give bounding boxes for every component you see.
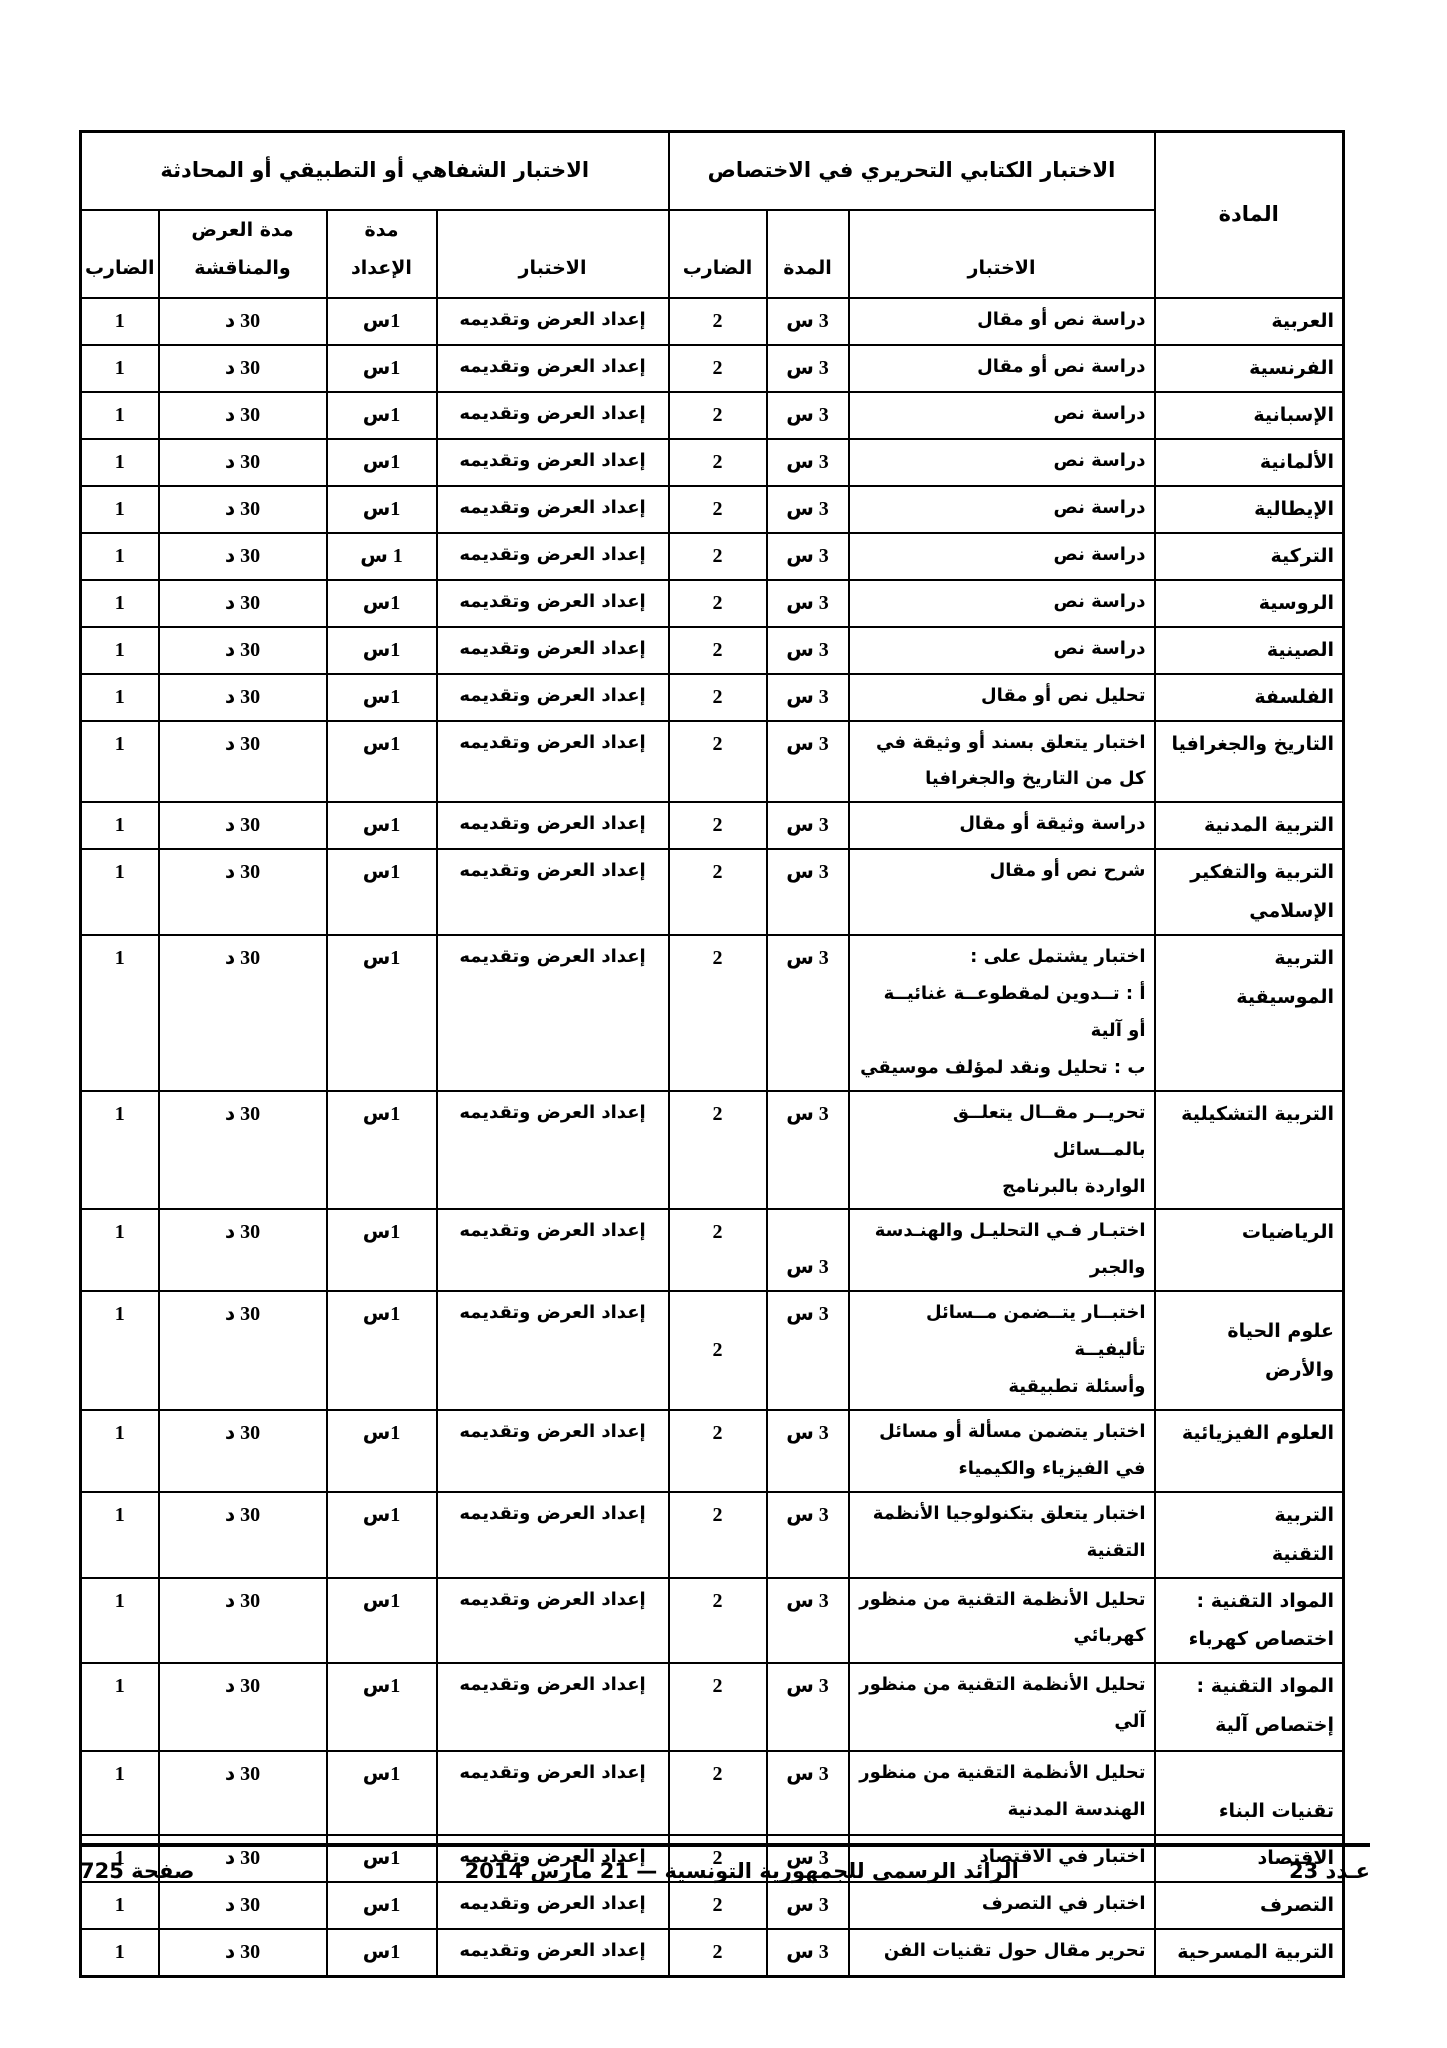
cell-written-test: دراسة وثيقة أو مقال <box>849 802 1155 849</box>
table-row: العربيةدراسة نص أو مقال3 س2إعداد العرض و… <box>80 298 1343 345</box>
cell-oral-coef: 1 <box>80 1291 158 1410</box>
cell-subject: الألمانية <box>1155 439 1344 486</box>
cell-written-test: تحليل الأنظمة التقنية من منظور الهندسة ا… <box>849 1751 1155 1835</box>
cell-written-duration: 3 س <box>767 1929 849 1977</box>
table-row: المواد التقنية : اختصاص كهرباءتحليل الأن… <box>80 1578 1343 1664</box>
cell-oral-test: إعداد العرض وتقديمه <box>437 1663 669 1751</box>
cell-subject: التركية <box>1155 533 1344 580</box>
gazette-page: المادة الاختبار الكتابي التحريري في الاخ… <box>0 0 1447 2048</box>
cell-oral-prep: 1س <box>327 674 437 721</box>
cell-subject: الإيطالية <box>1155 486 1344 533</box>
table-row: التصرفاختبار في التصرف3 س2إعداد العرض وت… <box>80 1882 1343 1929</box>
cell-oral-coef: 1 <box>80 1929 158 1977</box>
cell-subject: التصرف <box>1155 1882 1344 1929</box>
cell-oral-prep: 1س <box>327 345 437 392</box>
column-header-subject: المادة <box>1155 132 1344 298</box>
cell-oral-present: 30 د <box>159 298 327 345</box>
cell-oral-prep: 1س <box>327 1410 437 1492</box>
cell-oral-present: 30 د <box>159 802 327 849</box>
cell-subject: الصينية <box>1155 627 1344 674</box>
cell-oral-test: إعداد العرض وتقديمه <box>437 486 669 533</box>
column-header-oral-prep: مدة الإعداد <box>327 210 437 298</box>
cell-oral-coef: 1 <box>80 721 158 803</box>
cell-written-duration: 3 س <box>767 1291 849 1410</box>
table-row: المواد التقنية : إختصاص آليةتحليل الأنظم… <box>80 1663 1343 1751</box>
cell-oral-prep: 1س <box>327 1492 437 1578</box>
table-head: المادة الاختبار الكتابي التحريري في الاخ… <box>80 132 1343 298</box>
table-body: العربيةدراسة نص أو مقال3 س2إعداد العرض و… <box>80 298 1343 1977</box>
cell-written-test: اختبار يتضمن مسألة أو مسائل في الفيزياء … <box>849 1410 1155 1492</box>
cell-oral-test: إعداد العرض وتقديمه <box>437 1578 669 1664</box>
cell-written-coef: 2 <box>669 1091 767 1210</box>
cell-oral-coef: 1 <box>80 486 158 533</box>
cell-written-duration: 3 س <box>767 1663 849 1751</box>
exam-table-wrap: المادة الاختبار الكتابي التحريري في الاخ… <box>82 130 1345 1978</box>
cell-oral-present: 30 د <box>159 1929 327 1977</box>
cell-written-duration: 3 س <box>767 1091 849 1210</box>
cell-oral-coef: 1 <box>80 1882 158 1929</box>
cell-written-coef: 2 <box>669 392 767 439</box>
cell-oral-test: إعداد العرض وتقديمه <box>437 935 669 1091</box>
cell-oral-coef: 1 <box>80 533 158 580</box>
column-header-written-test: الاختبار <box>849 210 1155 298</box>
cell-oral-present: 30 د <box>159 439 327 486</box>
cell-oral-present: 30 د <box>159 1291 327 1410</box>
cell-subject: العلوم الفيزيائية <box>1155 1410 1344 1492</box>
cell-written-test: دراسة نص أو مقال <box>849 298 1155 345</box>
column-group-oral-exam: الاختبار الشفاهي أو التطبيقي أو المحادثة <box>80 132 668 210</box>
cell-oral-test: إعداد العرض وتقديمه <box>437 1492 669 1578</box>
cell-oral-present: 30 د <box>159 627 327 674</box>
cell-oral-prep: 1س <box>327 1291 437 1410</box>
cell-subject: علوم الحياة والأرض <box>1155 1291 1344 1410</box>
cell-written-duration: 3 س <box>767 392 849 439</box>
cell-oral-test: إعداد العرض وتقديمه <box>437 1291 669 1410</box>
cell-subject: التربية الموسيقية <box>1155 935 1344 1091</box>
cell-written-duration: 3 س <box>767 674 849 721</box>
cell-oral-present: 30 د <box>159 721 327 803</box>
cell-oral-test: إعداد العرض وتقديمه <box>437 1882 669 1929</box>
cell-oral-test: إعداد العرض وتقديمه <box>437 802 669 849</box>
cell-written-test: تحريــر مقــال يتعلــق بالمــسائل الوارد… <box>849 1091 1155 1210</box>
cell-oral-present: 30 د <box>159 674 327 721</box>
table-row: الروسيةدراسة نص3 س2إعداد العرض وتقديمه1س… <box>80 580 1343 627</box>
cell-oral-present: 30 د <box>159 1578 327 1664</box>
cell-oral-present: 30 د <box>159 849 327 935</box>
cell-oral-present: 30 د <box>159 345 327 392</box>
cell-written-duration: 3 س <box>767 1882 849 1929</box>
cell-subject: التربية المسرحية <box>1155 1929 1344 1977</box>
cell-written-coef: 2 <box>669 486 767 533</box>
cell-oral-prep: 1س <box>327 849 437 935</box>
cell-written-coef: 2 <box>669 721 767 803</box>
cell-oral-present: 30 د <box>159 935 327 1091</box>
table-row: التربية المسرحيةتحرير مقال حول تقنيات ال… <box>80 1929 1343 1977</box>
header-group-row: المادة الاختبار الكتابي التحريري في الاخ… <box>80 132 1343 210</box>
cell-subject: الإسبانية <box>1155 392 1344 439</box>
cell-oral-prep: 1س <box>327 439 437 486</box>
cell-oral-coef: 1 <box>80 674 158 721</box>
footer-page-number: صفحة 725 <box>80 1859 194 1883</box>
cell-subject: تقنيات البناء <box>1155 1751 1344 1835</box>
cell-written-coef: 2 <box>669 1663 767 1751</box>
cell-oral-prep: 1س <box>327 580 437 627</box>
table-row: التربية التشكيليةتحريــر مقــال يتعلــق … <box>80 1091 1343 1210</box>
table-row: التربية التقنيةاختبار يتعلق بتكنولوجيا ا… <box>80 1492 1343 1578</box>
cell-written-test: اختبـار فـي التحليـل والهنـدسة والجبر <box>849 1209 1155 1291</box>
cell-written-test: دراسة نص <box>849 392 1155 439</box>
cell-oral-coef: 1 <box>80 802 158 849</box>
cell-oral-present: 30 د <box>159 580 327 627</box>
cell-subject: الروسية <box>1155 580 1344 627</box>
cell-written-coef: 2 <box>669 533 767 580</box>
cell-subject: الفلسفة <box>1155 674 1344 721</box>
cell-written-coef: 2 <box>669 802 767 849</box>
column-header-oral-coef: الضارب <box>80 210 158 298</box>
table-row: التركيةدراسة نص3 س2إعداد العرض وتقديمه1 … <box>80 533 1343 580</box>
cell-oral-prep: 1س <box>327 721 437 803</box>
cell-written-test: اختبار يتعلق بتكنولوجيا الأنظمة التقنية <box>849 1492 1155 1578</box>
cell-oral-coef: 1 <box>80 1663 158 1751</box>
cell-written-duration: 3 س <box>767 849 849 935</box>
cell-written-duration: 3 س <box>767 1492 849 1578</box>
cell-oral-test: إعداد العرض وتقديمه <box>437 298 669 345</box>
cell-written-test: اختبار يتعلق بسند أو وثيقة في كل من التا… <box>849 721 1155 803</box>
cell-oral-coef: 1 <box>80 627 158 674</box>
cell-oral-test: إعداد العرض وتقديمه <box>437 580 669 627</box>
table-row: الرياضياتاختبـار فـي التحليـل والهنـدسة … <box>80 1209 1343 1291</box>
cell-oral-coef: 1 <box>80 1492 158 1578</box>
cell-oral-present: 30 د <box>159 486 327 533</box>
cell-oral-test: إعداد العرض وتقديمه <box>437 721 669 803</box>
cell-oral-prep: 1 س <box>327 533 437 580</box>
cell-oral-prep: 1س <box>327 935 437 1091</box>
cell-oral-prep: 1س <box>327 1091 437 1210</box>
cell-written-coef: 2 <box>669 1578 767 1664</box>
cell-written-coef: 2 <box>669 1751 767 1835</box>
cell-oral-test: إعداد العرض وتقديمه <box>437 1751 669 1835</box>
table-row: الصينيةدراسة نص3 س2إعداد العرض وتقديمه1س… <box>80 627 1343 674</box>
cell-subject: التاريخ والجغرافيا <box>1155 721 1344 803</box>
table-row: الفرنسيةدراسة نص أو مقال3 س2إعداد العرض … <box>80 345 1343 392</box>
cell-written-coef: 2 <box>669 1929 767 1977</box>
table-row: التربية المدنيةدراسة وثيقة أو مقال3 س2إع… <box>80 802 1343 849</box>
cell-written-duration: 3 س <box>767 1410 849 1492</box>
cell-oral-coef: 1 <box>80 298 158 345</box>
cell-written-duration: 3 س <box>767 580 849 627</box>
cell-oral-present: 30 د <box>159 1091 327 1210</box>
cell-oral-present: 30 د <box>159 392 327 439</box>
cell-oral-prep: 1س <box>327 1882 437 1929</box>
column-header-oral-test: الاختبار <box>437 210 669 298</box>
cell-oral-coef: 1 <box>80 580 158 627</box>
cell-written-test: تحرير مقال حول تقنيات الفن <box>849 1929 1155 1977</box>
cell-oral-test: إعداد العرض وتقديمه <box>437 1091 669 1210</box>
cell-oral-coef: 1 <box>80 935 158 1091</box>
table-row: الإسبانيةدراسة نص3 س2إعداد العرض وتقديمه… <box>80 392 1343 439</box>
cell-written-test: شرح نص أو مقال <box>849 849 1155 935</box>
cell-written-test: دراسة نص <box>849 486 1155 533</box>
cell-oral-prep: 1س <box>327 1929 437 1977</box>
cell-written-duration: 3 س <box>767 439 849 486</box>
cell-written-test: اختبار يشتمل على : أ : تــدوين لمقطوعــة… <box>849 935 1155 1091</box>
footer-journal-title: الرائد الرسمي للجمهورية التونسية — 21 ما… <box>465 1859 1019 1883</box>
cell-subject: المواد التقنية : اختصاص كهرباء <box>1155 1578 1344 1664</box>
cell-written-test: دراسة نص أو مقال <box>849 345 1155 392</box>
cell-oral-prep: 1س <box>327 392 437 439</box>
cell-oral-test: إعداد العرض وتقديمه <box>437 1410 669 1492</box>
cell-written-duration: 3 س <box>767 298 849 345</box>
cell-oral-present: 30 د <box>159 1410 327 1492</box>
cell-subject: الرياضيات <box>1155 1209 1344 1291</box>
cell-oral-test: إعداد العرض وتقديمه <box>437 849 669 935</box>
cell-oral-prep: 1س <box>327 1209 437 1291</box>
cell-written-duration: 3 س <box>767 345 849 392</box>
cell-oral-coef: 1 <box>80 1578 158 1664</box>
cell-oral-present: 30 د <box>159 1209 327 1291</box>
cell-oral-test: إعداد العرض وتقديمه <box>437 674 669 721</box>
cell-subject: العربية <box>1155 298 1344 345</box>
column-header-oral-present: مدة العرض والمناقشة <box>159 210 327 298</box>
cell-oral-prep: 1س <box>327 1751 437 1835</box>
cell-written-duration: 3 س <box>767 1578 849 1664</box>
cell-written-duration: 3 س <box>767 935 849 1091</box>
cell-written-test: دراسة نص <box>849 439 1155 486</box>
table-row: الإيطاليةدراسة نص3 س2إعداد العرض وتقديمه… <box>80 486 1343 533</box>
cell-oral-prep: 1س <box>327 486 437 533</box>
cell-written-test: اختبــار يتــضمن مــسائل تأليفيــة وأسئل… <box>849 1291 1155 1410</box>
table-row: التربية الموسيقيةاختبار يشتمل على : أ : … <box>80 935 1343 1091</box>
cell-oral-test: إعداد العرض وتقديمه <box>437 345 669 392</box>
table-row: الألمانيةدراسة نص3 س2إعداد العرض وتقديمه… <box>80 439 1343 486</box>
cell-subject: الفرنسية <box>1155 345 1344 392</box>
cell-written-coef: 2 <box>669 1882 767 1929</box>
table-row: الفلسفةتحليل نص أو مقال3 س2إعداد العرض و… <box>80 674 1343 721</box>
cell-written-coef: 2 <box>669 1492 767 1578</box>
cell-written-duration: 3 س <box>767 1209 849 1291</box>
cell-written-duration: 3 س <box>767 627 849 674</box>
cell-oral-prep: 1س <box>327 627 437 674</box>
cell-oral-coef: 1 <box>80 392 158 439</box>
table-row: التاريخ والجغرافيااختبار يتعلق بسند أو و… <box>80 721 1343 803</box>
cell-written-test: تحليل الأنظمة التقنية من منظور آلي <box>849 1663 1155 1751</box>
cell-subject: التربية التشكيلية <box>1155 1091 1344 1210</box>
cell-oral-coef: 1 <box>80 1751 158 1835</box>
cell-oral-prep: 1س <box>327 298 437 345</box>
table-row: العلوم الفيزيائيةاختبار يتضمن مسألة أو م… <box>80 1410 1343 1492</box>
cell-subject: التربية المدنية <box>1155 802 1344 849</box>
cell-oral-coef: 1 <box>80 1209 158 1291</box>
cell-written-test: تحليل نص أو مقال <box>849 674 1155 721</box>
cell-oral-present: 30 د <box>159 533 327 580</box>
cell-oral-prep: 1س <box>327 802 437 849</box>
cell-written-coef: 2 <box>669 1291 767 1410</box>
cell-written-test: اختبار في التصرف <box>849 1882 1155 1929</box>
cell-written-coef: 2 <box>669 674 767 721</box>
cell-written-coef: 2 <box>669 849 767 935</box>
cell-written-test: دراسة نص <box>849 627 1155 674</box>
cell-subject: المواد التقنية : إختصاص آلية <box>1155 1663 1344 1751</box>
cell-oral-test: إعداد العرض وتقديمه <box>437 1209 669 1291</box>
cell-written-test: دراسة نص <box>849 580 1155 627</box>
cell-written-coef: 2 <box>669 627 767 674</box>
cell-written-test: دراسة نص <box>849 533 1155 580</box>
cell-written-coef: 2 <box>669 1410 767 1492</box>
cell-oral-test: إعداد العرض وتقديمه <box>437 1929 669 1977</box>
column-group-written-exam: الاختبار الكتابي التحريري في الاختصاص <box>669 132 1155 210</box>
cell-oral-coef: 1 <box>80 345 158 392</box>
cell-written-coef: 2 <box>669 935 767 1091</box>
cell-oral-coef: 1 <box>80 1410 158 1492</box>
cell-oral-present: 30 د <box>159 1492 327 1578</box>
cell-oral-present: 30 د <box>159 1751 327 1835</box>
cell-written-coef: 2 <box>669 1209 767 1291</box>
cell-written-duration: 3 س <box>767 533 849 580</box>
footer-issue-number: عـدد 23 <box>1289 1859 1370 1883</box>
cell-oral-test: إعداد العرض وتقديمه <box>437 439 669 486</box>
cell-written-coef: 2 <box>669 298 767 345</box>
cell-written-coef: 2 <box>669 580 767 627</box>
cell-oral-present: 30 د <box>159 1882 327 1929</box>
cell-written-test: تحليل الأنظمة التقنية من منظور كهربائي <box>849 1578 1155 1664</box>
cell-subject: التربية والتفكير الإسلامي <box>1155 849 1344 935</box>
page-footer: عـدد 23 الرائد الرسمي للجمهورية التونسية… <box>80 1843 1370 1883</box>
cell-oral-prep: 1س <box>327 1663 437 1751</box>
cell-oral-coef: 1 <box>80 439 158 486</box>
cell-written-duration: 3 س <box>767 802 849 849</box>
cell-oral-coef: 1 <box>80 849 158 935</box>
cell-oral-test: إعداد العرض وتقديمه <box>437 627 669 674</box>
cell-oral-test: إعداد العرض وتقديمه <box>437 392 669 439</box>
table-row: علوم الحياة والأرضاختبــار يتــضمن مــسا… <box>80 1291 1343 1410</box>
table-row: التربية والتفكير الإسلاميشرح نص أو مقال3… <box>80 849 1343 935</box>
cell-oral-prep: 1س <box>327 1578 437 1664</box>
header-sub-row: الاختبار المدة الضارب الاختبار مدة الإعد… <box>80 210 1343 298</box>
cell-written-duration: 3 س <box>767 486 849 533</box>
cell-written-coef: 2 <box>669 345 767 392</box>
cell-written-duration: 3 س <box>767 1751 849 1835</box>
table-row: تقنيات البناءتحليل الأنظمة التقنية من من… <box>80 1751 1343 1835</box>
cell-oral-test: إعداد العرض وتقديمه <box>437 533 669 580</box>
cell-written-coef: 2 <box>669 439 767 486</box>
cell-subject: التربية التقنية <box>1155 1492 1344 1578</box>
column-header-written-coef: الضارب <box>669 210 767 298</box>
column-header-written-duration: المدة <box>767 210 849 298</box>
exam-table: المادة الاختبار الكتابي التحريري في الاخ… <box>79 130 1345 1978</box>
cell-written-duration: 3 س <box>767 721 849 803</box>
cell-oral-coef: 1 <box>80 1091 158 1210</box>
cell-oral-present: 30 د <box>159 1663 327 1751</box>
